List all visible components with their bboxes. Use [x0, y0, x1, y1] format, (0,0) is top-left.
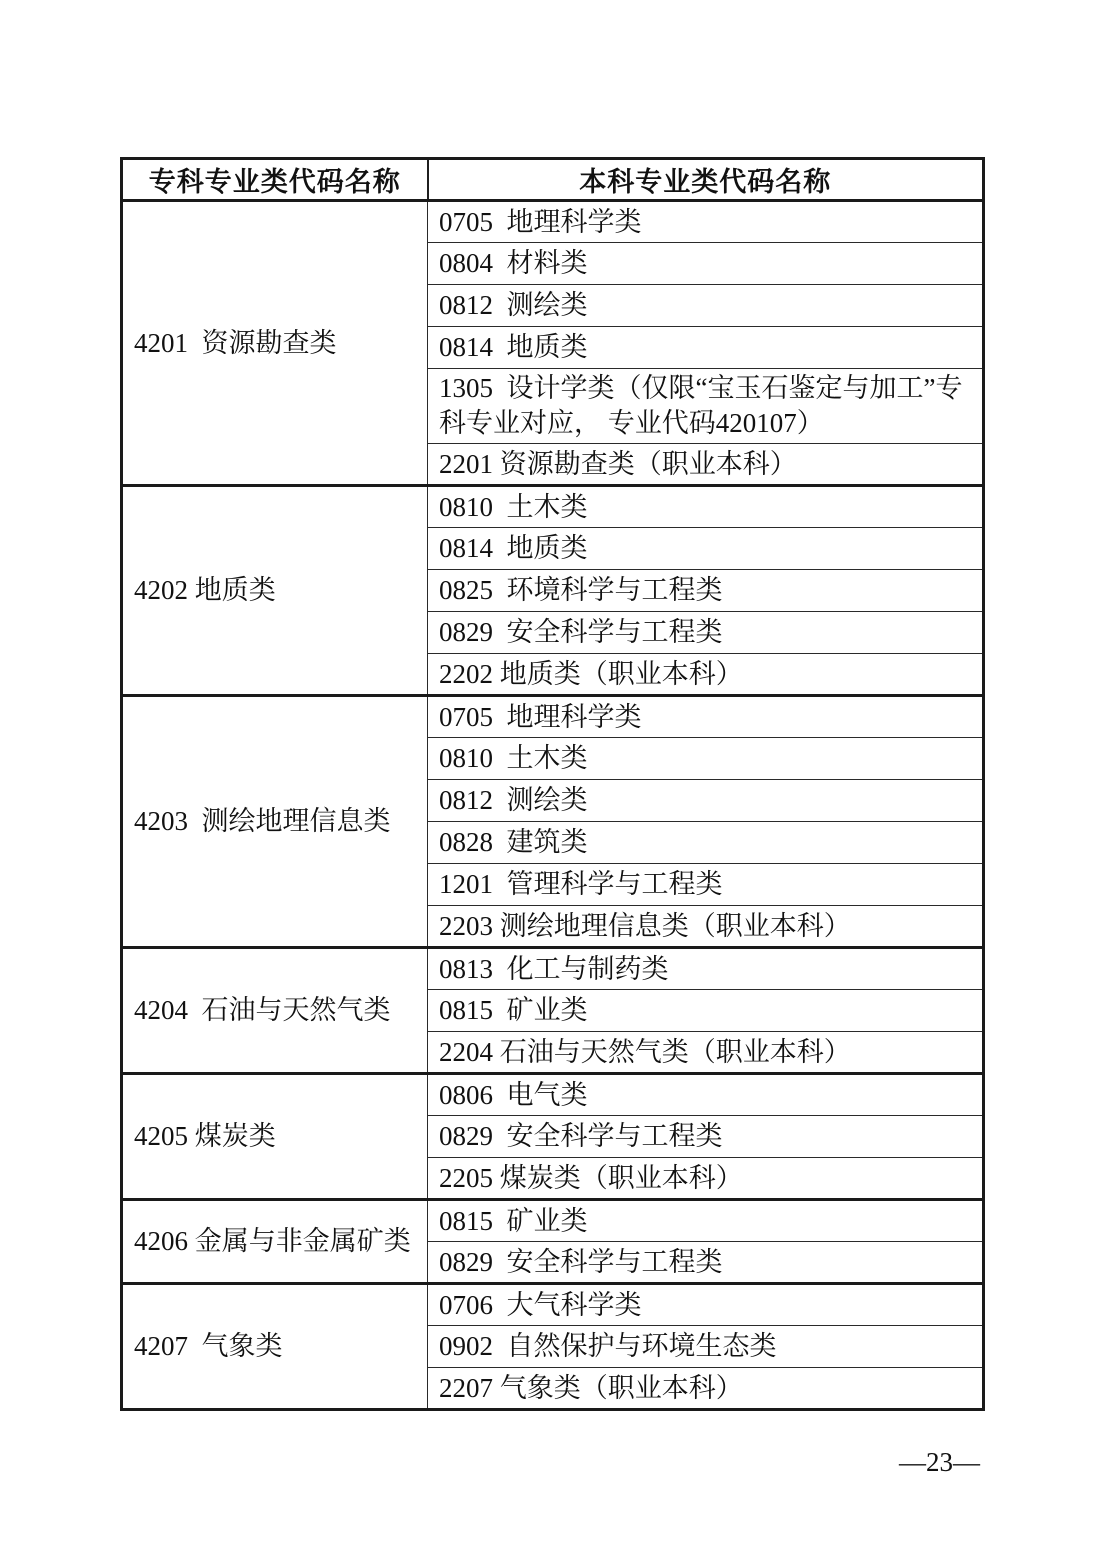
major-cell: 0825 环境科学与工程类 [428, 570, 984, 612]
major-cell: 1201 管理科学与工程类 [428, 864, 984, 906]
major-cell: 2205 煤炭类（职业本科） [428, 1158, 984, 1200]
major-cell: 0828 建筑类 [428, 822, 984, 864]
table-row: 4207 气象类 0706 大气科学类 [122, 1284, 984, 1326]
table-row: 4201 资源勘查类 0705 地理科学类 [122, 201, 984, 243]
major-cell: 2203 测绘地理信息类（职业本科） [428, 906, 984, 948]
major-cell: 2204 石油与天然气类（职业本科） [428, 1032, 984, 1074]
major-cell: 0804 材料类 [428, 243, 984, 285]
major-cell: 0810 土木类 [428, 738, 984, 780]
table-row: 4202 地质类 0810 土木类 [122, 486, 984, 528]
major-cell: 0829 安全科学与工程类 [428, 612, 984, 654]
major-cell: 0705 地理科学类 [428, 201, 984, 243]
table-row: 4204 石油与天然气类 0813 化工与制药类 [122, 948, 984, 990]
category-cell-4204: 4204 石油与天然气类 [122, 948, 428, 1074]
category-cell-4203: 4203 测绘地理信息类 [122, 696, 428, 948]
table-row: 4205 煤炭类 0806 电气类 [122, 1074, 984, 1116]
major-cell: 0829 安全科学与工程类 [428, 1242, 984, 1284]
category-cell-4202: 4202 地质类 [122, 486, 428, 696]
major-cell: 0815 矿业类 [428, 990, 984, 1032]
major-cell: 0812 测绘类 [428, 780, 984, 822]
major-code-mapping-table: 专科专业类代码名称 本科专业类代码名称 4201 资源勘查类 0705 地理科学… [120, 157, 985, 1411]
category-cell-4206: 4206 金属与非金属矿类 [122, 1200, 428, 1284]
table-row: 4203 测绘地理信息类 0705 地理科学类 [122, 696, 984, 738]
major-cell: 2201 资源勘查类（职业本科） [428, 444, 984, 486]
major-cell: 0902 自然保护与环境生态类 [428, 1326, 984, 1368]
major-cell: 0815 矿业类 [428, 1200, 984, 1242]
category-cell-4201: 4201 资源勘查类 [122, 201, 428, 486]
major-cell: 0810 土木类 [428, 486, 984, 528]
major-cell: 0829 安全科学与工程类 [428, 1116, 984, 1158]
header-zhuanke-category: 专科专业类代码名称 [122, 159, 428, 201]
major-cell: 0706 大气科学类 [428, 1284, 984, 1326]
major-cell: 2202 地质类（职业本科） [428, 654, 984, 696]
major-cell: 0812 测绘类 [428, 285, 984, 327]
header-benke-category: 本科专业类代码名称 [428, 159, 984, 201]
category-cell-4205: 4205 煤炭类 [122, 1074, 428, 1200]
major-cell: 0814 地质类 [428, 327, 984, 369]
major-cell: 1305 设计学类（仅限“宝玉石鉴定与加工”专科专业对应， 专业代码420107… [428, 369, 984, 444]
major-cell: 0814 地质类 [428, 528, 984, 570]
major-cell: 0806 电气类 [428, 1074, 984, 1116]
table-header-row: 专科专业类代码名称 本科专业类代码名称 [122, 159, 984, 201]
document-page: 专科专业类代码名称 本科专业类代码名称 4201 资源勘查类 0705 地理科学… [0, 0, 1102, 1559]
table-row: 4206 金属与非金属矿类 0815 矿业类 [122, 1200, 984, 1242]
major-cell: 2207 气象类（职业本科） [428, 1368, 984, 1410]
major-cell: 0705 地理科学类 [428, 696, 984, 738]
major-cell: 0813 化工与制药类 [428, 948, 984, 990]
page-number: —23— [899, 1447, 980, 1478]
category-cell-4207: 4207 气象类 [122, 1284, 428, 1410]
